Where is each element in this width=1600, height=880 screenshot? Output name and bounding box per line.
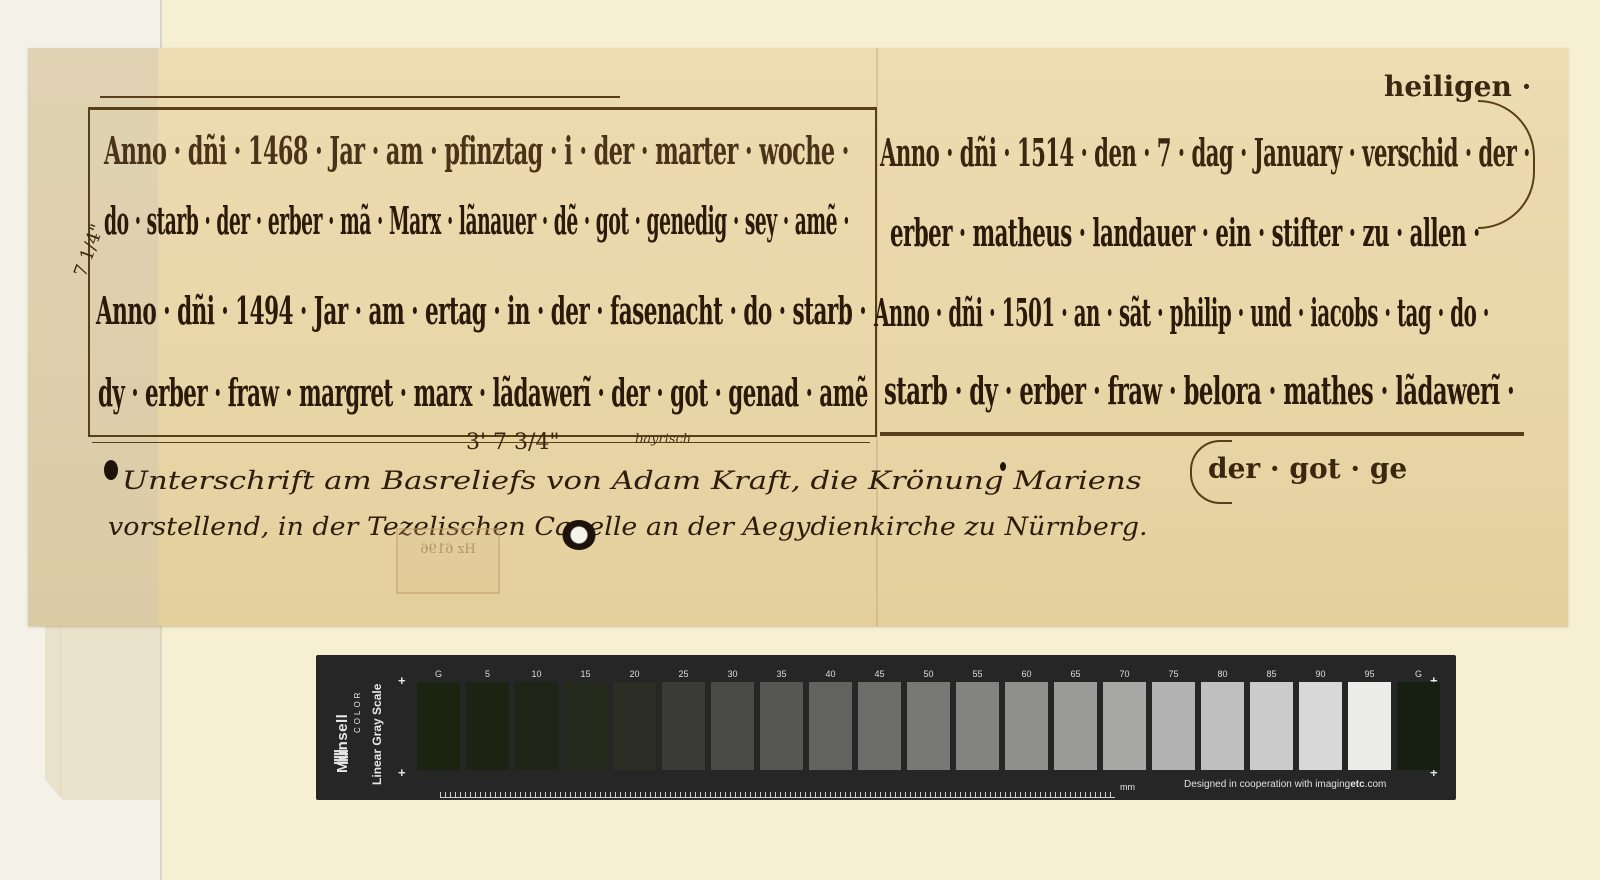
gray-patch-swatch: [760, 682, 803, 770]
gray-patch-swatch: [1152, 682, 1195, 770]
gray-patch: 90: [1299, 667, 1342, 770]
gray-patch-label: 10: [531, 667, 541, 682]
gray-patch-swatch: [809, 682, 852, 770]
gray-patch-swatch: [858, 682, 901, 770]
inscription-left-line-2: do · starb · der · erber · mã · Marx · l…: [104, 198, 849, 243]
gray-patch-swatch: [1250, 682, 1293, 770]
gray-patch-label: 75: [1168, 667, 1178, 682]
mm-ruler: [440, 785, 1115, 798]
gray-patch-label: G: [435, 667, 442, 682]
ink-blot: [104, 460, 118, 480]
gray-patch: 5: [466, 667, 509, 770]
burn-hole: [562, 520, 596, 550]
gray-patch: G: [1397, 667, 1440, 770]
gray-patch: 15: [564, 667, 607, 770]
inscription-right-line-4: starb · dy · erber · fraw · belora · mat…: [884, 368, 1514, 413]
gray-patch-label: 20: [629, 667, 639, 682]
inscription-right-line-2: erber · matheus · landauer · ein · stift…: [890, 210, 1480, 255]
card-brand: Munsell: [334, 714, 351, 773]
gray-patch-label: 85: [1266, 667, 1276, 682]
collection-stamp: Hz 6196: [396, 528, 500, 594]
gray-patch-label: 25: [678, 667, 688, 682]
gray-patch-swatch: [662, 682, 705, 770]
gray-patch: G: [417, 667, 460, 770]
inscription-left-line-4: dy · erber · fraw · margret · marx · lãd…: [98, 370, 868, 415]
card-title: Linear Gray Scale: [370, 684, 384, 785]
gray-patch-swatch: [1201, 682, 1244, 770]
gray-patch: 70: [1103, 667, 1146, 770]
gray-patch-label: 65: [1070, 667, 1080, 682]
inscription-left-line-3: Anno · dñi · 1494 · Jar · am · ertag · i…: [96, 288, 866, 333]
gray-patch-swatch: [1054, 682, 1097, 770]
inscription-right-line-1: Anno · dñi · 1514 · den · 7 · dag · Janu…: [880, 130, 1530, 175]
gray-patch-label: G: [1415, 667, 1422, 682]
gray-patch: 50: [907, 667, 950, 770]
inscription-underline-right: [880, 432, 1524, 436]
gray-patches: G5101520253035404550556065707580859095G: [417, 667, 1440, 770]
insert-heiligen: heiligen ·: [1384, 70, 1531, 103]
gray-patch: 55: [956, 667, 999, 770]
gray-patch-swatch: [1299, 682, 1342, 770]
registration-mark-icon: +: [398, 673, 406, 688]
gray-patch-label: 45: [874, 667, 884, 682]
gray-patch-swatch: [417, 682, 460, 770]
gray-patch-swatch: [711, 682, 754, 770]
gray-patch: 80: [1201, 667, 1244, 770]
gray-patch: 40: [809, 667, 852, 770]
card-brand-sub: COLOR: [353, 690, 362, 733]
gray-patch-swatch: [1348, 682, 1391, 770]
gray-patch-label: 95: [1364, 667, 1374, 682]
top-rule-line: [100, 96, 620, 98]
gray-patch-swatch: [956, 682, 999, 770]
gray-patch-label: 50: [923, 667, 933, 682]
insert-der-got-ge: der · got · ge: [1208, 452, 1407, 485]
registration-mark-icon: +: [398, 765, 406, 780]
gray-patch: 95: [1348, 667, 1391, 770]
gray-patch-swatch: [1005, 682, 1048, 770]
measurement-note: bayrisch: [635, 432, 691, 447]
munsell-gray-scale-card: Munsell COLOR Linear Gray Scale + + + + …: [316, 655, 1456, 800]
gray-patch: 10: [515, 667, 558, 770]
gray-patch-swatch: [613, 682, 656, 770]
gray-patch: 85: [1250, 667, 1293, 770]
gray-patch: 20: [613, 667, 656, 770]
gray-patch-label: 70: [1119, 667, 1129, 682]
gray-patch: 60: [1005, 667, 1048, 770]
ink-blot: [1000, 462, 1006, 471]
gray-patch-label: 5: [485, 667, 490, 682]
gray-patch-label: 55: [972, 667, 982, 682]
gray-patch-swatch: [1103, 682, 1146, 770]
gray-patch-swatch: [907, 682, 950, 770]
gray-patch-label: 80: [1217, 667, 1227, 682]
gray-patch-label: 35: [776, 667, 786, 682]
gray-patch-label: 30: [727, 667, 737, 682]
gray-patch: 35: [760, 667, 803, 770]
gray-patch-swatch: [1397, 682, 1440, 770]
inscription-right-line-3: Anno · dñi · 1501 · an · sãt · philip · …: [874, 290, 1489, 335]
caption-line-2: vorstellend, in der Tezelischen Capelle …: [108, 512, 1148, 541]
gray-patch-swatch: [466, 682, 509, 770]
gray-patch-label: 15: [580, 667, 590, 682]
measurement-horizontal: 3' 7 3/4": [466, 430, 560, 455]
gray-patch: 45: [858, 667, 901, 770]
gray-patch: 65: [1054, 667, 1097, 770]
gray-patch: 30: [711, 667, 754, 770]
inscription-left-line-1: Anno · dñi · 1468 · Jar · am · pfinztag …: [104, 128, 849, 173]
gray-patch-swatch: [564, 682, 607, 770]
gray-patch-label: 90: [1315, 667, 1325, 682]
gray-patch-label: 40: [825, 667, 835, 682]
ruler-unit: mm: [1120, 782, 1135, 792]
gray-patch-swatch: [515, 682, 558, 770]
gray-patch: 25: [662, 667, 705, 770]
gray-patch: 75: [1152, 667, 1195, 770]
caption-line-1: Unterschrift am Basreliefs von Adam Kraf…: [122, 466, 1142, 495]
card-credit: Designed in cooperation with imagingetc.…: [1184, 779, 1386, 790]
gray-patch-label: 60: [1021, 667, 1031, 682]
